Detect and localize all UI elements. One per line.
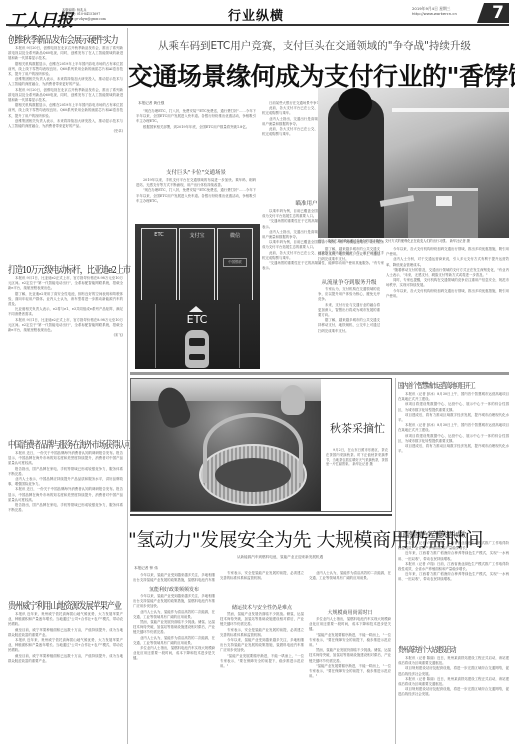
tea-picker-figure: [281, 385, 305, 415]
brief-paragraph: 本报讯 近年来，贵州威宁依托高海拔山地气候优势，大力发展苹果产业，种植面积和产量…: [8, 638, 123, 654]
section-title: 行业纵横: [228, 5, 284, 24]
article-paragraph: 业内人士认为，氢能作为清洁高效的二次能源，在交通、工业等领域具有广阔的应用前景。: [133, 610, 215, 620]
tea-photo-caption: 9月2日，在山东日照市东港区，茶农在茶园内采摘秋茶。时下正值秋茶采摘季节，当地茶…: [326, 448, 388, 510]
article-paragraph: "现在办理ETC，打八折，免费安装""ETC免费送，通行费打折"……今年下半年以…: [136, 109, 256, 125]
brief-title: 打造10万元级电动标杆，比亚迪e2上市: [8, 262, 130, 276]
brief-title: 国内首个智慧城市运营高地项目开工: [398, 381, 475, 391]
etc-lane-illustration: ETC 支付宝 微信 中国银联 ETC: [135, 224, 260, 369]
brief-paragraph: 据相关机构数据显示，创维在2019年上半年国内彩电市场的占有率位居前列，线上线下…: [8, 103, 123, 119]
up-arrow-icon: [189, 306, 203, 312]
brief-body: 本报讯 9月1日，比亚迪e2正式上市，官方指导价格在8.98万元至10万元区间。…: [8, 276, 123, 411]
hydrogen-section-subhead: 氢能利好政策频频发布: [133, 586, 215, 593]
feature-col3-body2: 专家认为，支付机构在交通领域的竞争，应以提升用户体验为核心，避免无序竞争。 未来…: [318, 287, 380, 369]
article-paragraph: 今年以来，各大支付机构纷纷加码交通出行领域，推出多项优惠措施，吸引用户使用。: [386, 289, 509, 299]
article-paragraph: 据了解，越来越多城市的公共交通支持移动支付，地铁闸机、公交车上可通过扫码完成乘车…: [318, 318, 380, 334]
feature-kicker: 从乘车码到ETC用户竞赛，支付巨头在交通领域的"争夺战"持续升级: [158, 38, 471, 53]
brief-body: 本报讯（记者 卢翔）日前，江西省渔业绿色生产模式推广工作取得阶段性成效，全省水产…: [398, 541, 509, 639]
brief-title: 贵州威宁利用山地资源发展苹果产业: [8, 598, 121, 612]
masthead-rule: [6, 24, 509, 26]
article-paragraph: 业内人士认为，氢能作为清洁高效的二次能源，在交通、工业等领域具有广阔的应用前景。: [133, 636, 215, 646]
brief-paragraph: 近年来，江西着力推广稻渔综合种养等绿色生产模式，实现"一水两用、一田双收"，带动…: [398, 572, 509, 582]
road-line: [239, 304, 240, 368]
feature-bottom-rule: [130, 372, 509, 375]
bank-label: 中国银联: [223, 258, 247, 267]
car-windshield: [189, 338, 205, 346]
brief-title: 中国消费者品牌与服务在海外市场获得认可: [8, 437, 131, 451]
brief-paragraph: 该项目将建设集数据中心、运营中心、展示中心于一体的综合性园区，为城市数字化转型提…: [398, 434, 509, 444]
brief-body: 本报讯 近日，一份关于中国品牌海外消费者认知的调研报告发布。报告显示，中国品牌在…: [8, 451, 123, 572]
article-paragraph: 然而，氢能产业发展仍面临不少挑战。储氢、运氢技术尚待突破，加氢站等基础设施建设相…: [133, 620, 215, 636]
car-rear-window: [189, 354, 205, 360]
brief-paragraph: 项目规划建设站房及配套设施，将进一步完善区域综合交通网络，促进沿线经济社会发展。: [398, 666, 509, 676]
article-paragraph: 今年以来，氢能产业受到越来越多关注，多地相继出台支持氢能产业发展的政策措施，氢燃…: [133, 594, 215, 610]
hydrogen-col1-body: 今年以来，氢能产业受到越来越多关注，多地相继出台支持氢能产业发展的政策措施，氢燃…: [133, 594, 215, 744]
article-paragraph: 然而，氢能产业发展仍面临不少挑战。储氢、运氢技术尚待突破，加氢站等基础设施建设相…: [309, 648, 391, 664]
article-paragraph: 同时，专家也提醒，支付机构在交通领域的竞争应注重用户信息安全，规范市场秩序，实现…: [386, 278, 509, 288]
lane-label: ETC: [143, 232, 175, 238]
article-paragraph: "氢能产业发展要循序渐进，不能一哄而上，"一位专家表示，"要在保障安全的前提下，…: [309, 633, 391, 649]
gate-screen: [436, 196, 452, 206]
lane-marker: [141, 228, 177, 300]
brief-paragraph: 近年来，江西着力推广稻渔综合种养等绿色生产模式，实现"一水两用、一田双收"，带动…: [398, 551, 509, 561]
website-url[interactable]: http://www.workercn.cn: [412, 11, 457, 16]
brief-paragraph: 本报讯 9月20日，创维电视在北京召开秋季新品发布会，推出了系列新款电视以及全系…: [8, 46, 123, 62]
etc-label: ETC: [177, 313, 217, 326]
brief-paragraph: 报告指出，国产品牌在家电、手机等领域已形成较强竞争力，服务体系不断完善。: [8, 467, 123, 477]
brief-paragraph: 项目建成后，将有力推动区域数字经济发展，提升城市治理现代化水平。: [398, 413, 509, 423]
feature-col4-body: 今年以来，各大支付机构纷纷加码交通出行领域，推出多项优惠措施，吸引用户使用。 业…: [386, 247, 509, 369]
brief-paragraph: 截至目前，威宁苹果种植面积已达数十万亩，产值持续提升，成为当地群众脱贫致富的重要…: [8, 628, 123, 638]
brief-paragraph: 本报讯 9月1日，比亚迪e2正式上市，官方指导价格在8.98万元至10万元区间。…: [8, 276, 123, 292]
article-paragraph: 根据国家相关部署，到2019年年底，全国ETC用户数量将突破1.8亿。: [136, 125, 256, 130]
hydrogen-section-subhead: 储运技术与安全性仍是难点: [220, 604, 304, 611]
brief-paragraph: 据相关机构数据显示，创维在2019年上半年国内彩电市场的占有率位居前列，线上线下…: [8, 62, 123, 78]
passenger-hood: [338, 88, 372, 120]
brief-paragraph: 比亚迪相关负责人表示，e2将与e1、e3共同组成e系列产品矩阵，满足不同消费者需…: [8, 307, 123, 317]
hydrogen-col3-lead: 业内人士认为，氢能作为清洁高效的二次能源，在交通、工业等领域具有广阔的应用前景。: [309, 571, 391, 605]
hydrogen-col1-lead: 今年以来，氢能产业受到越来越多关注，多地相继出台支持氢能产业发展的政策措施，氢燃…: [133, 573, 215, 583]
feature-col1-body: "现在办理ETC，打八折，免费安装""ETC免费送，通行费打折"……今年下半年以…: [136, 109, 256, 165]
brief-paragraph: 本报讯 近年来，贵州威宁依托高海拔山地气候优势，大力发展苹果产业，种植面积和产量…: [8, 612, 123, 628]
tea-picking-photo: [131, 379, 321, 511]
hydrogen-col2-body: 然而，氢能产业发展仍面临不少挑战。储氢、运氢技术尚待突破，加氢站等基础设施建设相…: [220, 612, 304, 744]
article-paragraph: "随着移动支付的普及，交通出行领域的支付方式正在发生深刻变化，"有业内人士表示，…: [386, 268, 509, 278]
brief-credit: (史卓): [8, 129, 123, 134]
feature-col1-subhead: 支付巨头"卡位"交通场景: [136, 168, 256, 176]
brief-body: 本报讯（记者 陈丽）近日，贵州某高铁站建设工程正式启动，该站建成后将成为区域重要…: [398, 656, 509, 744]
caption-text: 9月2日，在山东日照市东港区，茶农在茶园内采摘秋茶。时下正值秋茶采摘季节，当地茶…: [326, 448, 388, 467]
article-paragraph: "氢能产业发展要循序渐进，不能一哄而上，"一位专家表示，"要在保障安全的前提下，…: [220, 654, 304, 670]
hydrogen-col3-body: 多位业内人士指出，氢燃料电池汽车实现大规模商业化应用还需要一段时间，成本下降和技…: [309, 617, 391, 744]
lane-label: 微信: [219, 232, 251, 239]
article-paragraph: 今年以来，氢能产业受到越来越多关注，多地相继出台支持氢能产业发展的政策措施，氢燃…: [133, 573, 215, 583]
page-number: 7: [477, 3, 509, 23]
brief-paragraph: 本报讯（记者 陈丽）近日，贵州某高铁站建设工程正式启动，该站建成后将成为区域重要…: [398, 656, 509, 666]
article-paragraph: 专家表示，安全是氢能产业发展的前提，必须建立完善的标准体系和监管机制。: [220, 571, 304, 581]
road-line: [155, 304, 156, 368]
hydrogen-byline: 本报记者 钟 伟: [134, 566, 158, 571]
email-line: E-mail: gr-zhyw@gmw.com: [62, 17, 106, 21]
hydrogen-col2-lead: 专家表示，安全是氢能产业发展的前提，必须建立完善的标准体系和监管机制。: [220, 571, 304, 601]
hydrogen-top-rule: [130, 514, 392, 516]
article-paragraph: 今年以来，各大支付机构纷纷加码交通出行领域，推出多项优惠措施，吸引用户使用。: [386, 247, 509, 257]
feature-col3-subhead: 从流量争夺到服务升级: [318, 278, 380, 286]
article-paragraph: "氢能产业发展要循序渐进，不能一哄而上，"一位专家表示，"要在保障安全的前提下，…: [309, 664, 391, 680]
brief-paragraph: 项目规划建设站房及配套设施，将进一步完善区域综合交通网络，促进沿线经济社会发展。: [398, 687, 509, 697]
brief-paragraph: 报告指出，国产品牌在家电、手机等领域已形成较强竞争力，服务体系不断完善。: [8, 503, 123, 513]
feature-col1-body2: 2019年以来，手机支付平台在交通领域的布局进一步加快。乘车码、刷码进站、无感支…: [136, 178, 256, 222]
article-paragraph: 多位业内人士指出，氢燃料电池汽车实现大规模商业化应用还需要一段时间，成本下降和技…: [133, 646, 215, 662]
article-paragraph: 业内人士认为，氢能作为清洁高效的二次能源，在交通、工业等领域具有广阔的应用前景。: [309, 571, 391, 581]
article-paragraph: 2019年以来，手机支付平台在交通领域的布局进一步加快。乘车码、刷码进站、无感支…: [136, 178, 256, 188]
article-paragraph: 然而，氢能产业发展仍面临不少挑战。储氢、运氢技术尚待突破，加氢站等基础设施建设相…: [220, 612, 304, 628]
brief-paragraph: 创维集团相关负责人表示，未来将持续加大研发投入，推动显示技术与人工智能的深度融合…: [8, 77, 123, 87]
article-paragraph: "现在办理ETC，打八折，免费安装""ETC免费送，通行费打折"……今年下半年以…: [136, 188, 256, 204]
hydrogen-subhead: 从新能源汽车到燃料电池，氢能产业正迎来新发展机遇: [210, 555, 350, 560]
article-paragraph: 业内人士分析，对于交通运营商来说，引入多元支付方式有利于提升运营效率，降低现金管…: [386, 257, 509, 267]
tea-photo-title: 秋茶采摘忙: [330, 420, 385, 436]
brief-paragraph: 本报讯（记者 卢翔）日前，江西省渔业绿色生产模式推广工作取得阶段性成效，全省水产…: [398, 562, 509, 572]
brief-credit: (宋飞): [8, 333, 123, 338]
brief-paragraph: 本报讯 近日，一份关于中国品牌海外消费者认知的调研报告发布。报告显示，中国品牌在…: [8, 487, 123, 503]
masthead-meta: 本版编辑: 杨兆兵 本版热线: 010-84151697 E-mail: gr-…: [62, 8, 106, 21]
brief-paragraph: 本报讯（记者 彭冰）8月30日上午，国内首个智慧城市运营高地项目在某地正式开工建…: [398, 423, 509, 433]
brief-paragraph: 本报讯（记者 彭冰）8月30日上午，国内首个智慧城市运营高地项目在某地正式开工建…: [398, 392, 509, 402]
hydrogen-section-subhead: 大规模商用尚需时日: [309, 609, 391, 616]
brief-paragraph: 据了解，比亚迪e2采用了高安全性电池，拥有良好的空间表现和驾驶体验，面向年轻用户…: [8, 292, 123, 308]
basket-handle: [203, 413, 303, 483]
brief-body: 本报讯 9月20日，创维电视在北京召开秋季新品发布会，推出了系列新款电视以及全系…: [8, 46, 123, 239]
brief-paragraph: 本报讯（记者 陈丽）近日，贵州某高铁站建设工程正式启动，该站建成后将成为区域重要…: [398, 677, 509, 687]
feature-col3-body: 据了解，越来越多城市的公共交通支持移动支付，地铁闸机、公交车上可通过扫码完成乘车…: [318, 247, 380, 275]
ceiling-light: [392, 108, 509, 112]
subway-gate-photo: [318, 88, 509, 238]
subway-photo-caption: 近日，乘客在某地铁站通过手机扫码进站乘车。支付方式的便利化正在改变人们的出行习惯…: [318, 239, 509, 243]
brief-body: 本报讯（记者 彭冰）8月30日上午，国内首个智慧城市运营高地项目在某地正式开工建…: [398, 392, 509, 520]
left-column-divider: [127, 28, 128, 744]
hydrogen-headline: "氢动力"发展安全为先 大规模商用仍需时间: [128, 525, 483, 552]
brief-paragraph: 业内人士表示，中国品牌应持续提升产品品质和服务水平，讲好品牌故事，增强国际竞争力…: [8, 477, 123, 487]
brief-paragraph: 本报讯 9月1日，比亚迪e2正式上市，官方指导价格在8.98万元至10万元区间。…: [8, 318, 123, 334]
right-column-divider: [395, 378, 396, 744]
article-paragraph: 多位业内人士指出，氢燃料电池汽车实现大规模商业化应用还需要一段时间，成本下降和技…: [309, 617, 391, 633]
issue-date-block: 2019年9月4日 星期三 http://www.workercn.cn: [412, 6, 457, 16]
brief-paragraph: 该项目将建设集数据中心、运营中心、展示中心于一体的综合性园区，为城市数字化转型提…: [398, 402, 509, 412]
brief-paragraph: 截至目前，威宁苹果种植面积已达数十万亩，产值持续提升，成为当地群众脱贫致富的重要…: [8, 654, 123, 664]
feature-byline: 本报记者 黄仕强: [138, 101, 164, 106]
brief-title: 创维秋季新品发布会展示硬件实力: [8, 32, 118, 46]
article-paragraph: 据了解，越来越多城市的公共交通支持移动支付，地铁闸机、公交车上可通过扫码完成乘车…: [318, 247, 380, 263]
brief-paragraph: 项目建成后，将有力推动区域数字经济发展，提升城市治理现代化水平。: [398, 444, 509, 454]
brief-paragraph: 本报讯 近日，一份关于中国品牌海外消费者认知的调研报告发布。报告显示，中国品牌在…: [8, 451, 123, 467]
brief-paragraph: 创维集团相关负责人表示，未来将持续加大研发投入，推动显示技术与人工智能的深度融合…: [8, 119, 123, 129]
brief-title: 贵州高铁首个大站建设启动: [398, 645, 455, 655]
article-paragraph: 今年以来，氢能产业受到越来越多关注，多地相继出台支持氢能产业发展的政策措施，氢燃…: [220, 638, 304, 654]
car-icon: [185, 330, 209, 368]
article-paragraph: 未来，支付行业与交通行业的融合将更加深入，智慧出行将成为城市发展的重要方向。: [318, 303, 380, 319]
article-paragraph: 专家认为，支付机构在交通领域的竞争，应以提升用户体验为核心，避免无序竞争。: [318, 287, 380, 303]
brief-body: 本报讯 近年来，贵州威宁依托高海拔山地气候优势，大力发展苹果产业，种植面积和产量…: [8, 612, 123, 744]
article-paragraph: 专家表示，安全是氢能产业发展的前提，必须建立完善的标准体系和监管机制。: [220, 628, 304, 638]
lane-label: 支付宝: [181, 232, 213, 239]
brief-paragraph: 本报讯 9月20日，创维电视在北京召开秋季新品发布会，推出了系列新款电视以及全系…: [8, 88, 123, 104]
